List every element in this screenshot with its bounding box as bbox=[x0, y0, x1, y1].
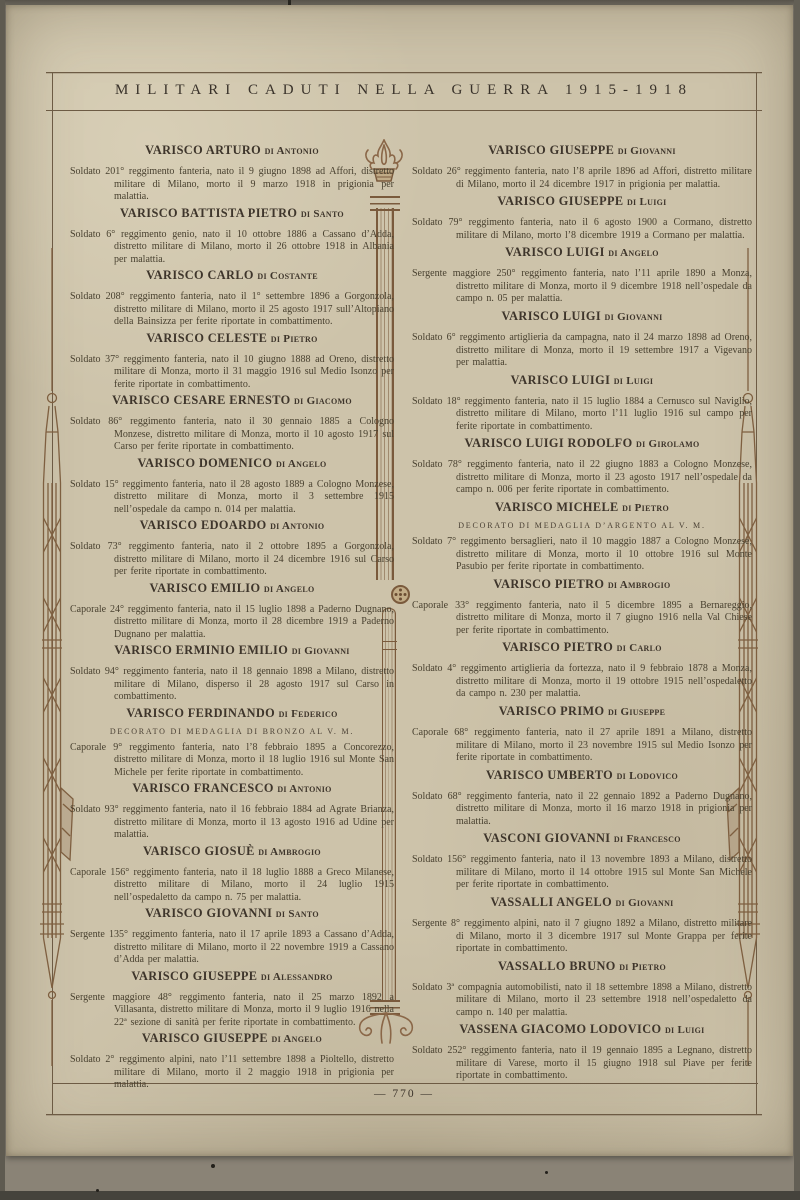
entry-heading: VARISCO ERMINIO EMILIO di Giovanni bbox=[70, 641, 394, 659]
entry-heading: VARISCO CARLO di Costante bbox=[70, 266, 394, 284]
casualty-entry: VARISCO DOMENICO di Angelo Soldato 15° r… bbox=[70, 454, 394, 517]
entry-body: Soldato 93° reggimento fanteria, nato il… bbox=[70, 804, 394, 842]
photo-backdrop: MILITARI CADUTI NELLA GUERRA 1915-1918 —… bbox=[0, 0, 800, 1200]
entry-patronymic: di Federico bbox=[279, 708, 338, 720]
entry-patronymic: di Angelo bbox=[272, 1033, 323, 1045]
entry-name: VARISCO GIUSEPPE bbox=[131, 969, 261, 983]
entry-heading: VASSALLI ANGELO di Giovanni bbox=[412, 893, 752, 911]
entry-heading: VARISCO PIETRO di Ambrogio bbox=[412, 575, 752, 593]
casualty-entry: VARISCO FRANCESCO di Antonio Soldato 93°… bbox=[70, 779, 394, 842]
entry-name: VARISCO GIUSEPPE bbox=[497, 194, 627, 208]
entry-body: Soldato 26° reggimento fanteria, nato l’… bbox=[412, 166, 752, 191]
entry-patronymic: di Alessandro bbox=[261, 971, 333, 983]
entry-name: VARISCO PIETRO bbox=[502, 640, 616, 654]
casualty-entry: VARISCO LUIGI RODOLFO di Girolamo Soldat… bbox=[412, 434, 752, 497]
entry-name: VARISCO CARLO bbox=[146, 268, 257, 282]
entry-name: VASSALLI ANGELO bbox=[490, 895, 615, 909]
casualty-entry: VASCONI GIOVANNI di Francesco Soldato 15… bbox=[412, 829, 752, 892]
paper-speck bbox=[96, 1189, 99, 1192]
casualty-entry: VARISCO GIUSEPPE di Luigi Soldato 79° re… bbox=[412, 192, 752, 242]
casualty-entry: VARISCO LUIGI di Luigi Soldato 18° reggi… bbox=[412, 371, 752, 434]
entry-patronymic: di Luigi bbox=[665, 1024, 705, 1036]
casualty-entry: VARISCO PIETRO di Carlo Soldato 4° reggi… bbox=[412, 638, 752, 701]
casualty-entry: VARISCO LUIGI di Giovanni Soldato 6° reg… bbox=[412, 307, 752, 370]
casualty-entry: VARISCO GIOSUÈ di Ambrogio Caporale 156°… bbox=[70, 842, 394, 905]
entry-heading: VARISCO GIUSEPPE di Luigi bbox=[412, 192, 752, 210]
entry-patronymic: di Antonio bbox=[270, 520, 324, 532]
entry-patronymic: di Costante bbox=[257, 270, 318, 282]
casualty-entry: VASSENA GIACOMO LODOVICO di Luigi Soldat… bbox=[412, 1020, 752, 1083]
entry-name: VARISCO LUIGI bbox=[501, 309, 604, 323]
page-title: MILITARI CADUTI NELLA GUERRA 1915-1918 bbox=[52, 82, 756, 99]
entry-patronymic: di Carlo bbox=[617, 642, 662, 654]
entry-body: Sergente 8° reggimento alpini, nato il 7… bbox=[412, 918, 752, 956]
entry-patronymic: di Giacomo bbox=[294, 395, 352, 407]
entry-body: Soldato 15° reggimento fanteria, nato il… bbox=[70, 479, 394, 517]
entry-heading: VARISCO GIOSUÈ di Ambrogio bbox=[70, 842, 394, 860]
casualty-entry: VARISCO FERDINANDO di Federico DECORATO … bbox=[70, 704, 394, 780]
entry-patronymic: di Giovanni bbox=[292, 645, 350, 657]
casualty-entry: VARISCO CELESTE di Pietro Soldato 37° re… bbox=[70, 329, 394, 392]
entry-name: VARISCO MICHELE bbox=[495, 500, 622, 514]
entry-heading: VARISCO FERDINANDO di Federico bbox=[70, 704, 394, 722]
entry-patronymic: di Lodovico bbox=[617, 770, 678, 782]
entry-heading: VASSENA GIACOMO LODOVICO di Luigi bbox=[412, 1020, 752, 1038]
casualty-entry: VARISCO GIOVANNI di Santo Sergente 135° … bbox=[70, 904, 394, 967]
entry-heading: VARISCO GIOVANNI di Santo bbox=[70, 904, 394, 922]
fasces-left-icon bbox=[30, 248, 74, 1068]
entry-patronymic: di Pietro bbox=[619, 961, 666, 973]
entry-patronymic: di Angelo bbox=[608, 247, 659, 259]
entry-heading: VARISCO CESARE ERNESTO di Giacomo bbox=[70, 391, 394, 409]
entry-patronymic: di Giovanni bbox=[605, 311, 663, 323]
entry-name: VASSENA GIACOMO LODOVICO bbox=[459, 1022, 665, 1036]
entry-name: VARISCO GIOSUÈ bbox=[143, 844, 258, 858]
casualty-entry: VARISCO CESARE ERNESTO di Giacomo Soldat… bbox=[70, 391, 394, 454]
entry-heading: VASSALLO BRUNO di Pietro bbox=[412, 957, 752, 975]
entry-body: Soldato 86° reggimento fanteria, nato il… bbox=[70, 416, 394, 454]
entry-decoration: DECORATO DI MEDAGLIA DI BRONZO AL V. M. bbox=[70, 727, 394, 736]
entry-body: Soldato 79° reggimento fanteria, nato il… bbox=[412, 217, 752, 242]
paper-speck bbox=[545, 1171, 548, 1174]
entry-name: VARISCO LUIGI bbox=[511, 373, 614, 387]
entry-heading: VARISCO LUIGI RODOLFO di Girolamo bbox=[412, 434, 752, 452]
entry-body: Soldato 252° reggimento fanteria, nato i… bbox=[412, 1045, 752, 1083]
entry-body: Soldato 94° reggimento fanteria, nato il… bbox=[70, 666, 394, 704]
entry-name: VARISCO GIUSEPPE bbox=[488, 143, 618, 157]
entry-body: Soldato 201° reggimento fanteria, nato i… bbox=[70, 166, 394, 204]
entry-body: Soldato 78° reggimento fanteria, nato il… bbox=[412, 459, 752, 497]
entry-patronymic: di Giovanni bbox=[616, 897, 674, 909]
entry-heading: VARISCO MICHELE di Pietro bbox=[412, 498, 752, 516]
entry-patronymic: di Pietro bbox=[622, 502, 669, 514]
entry-patronymic: di Francesco bbox=[614, 833, 681, 845]
photo-edge-left bbox=[0, 0, 5, 1200]
entry-name: VARISCO EDOARDO bbox=[140, 518, 271, 532]
entry-patronymic: di Santo bbox=[301, 208, 344, 220]
entry-name: VARISCO ARTURO bbox=[145, 143, 264, 157]
entry-body: Caporale 68° reggimento fanteria, nato i… bbox=[412, 727, 752, 765]
frame-rule-bottom bbox=[46, 1114, 762, 1115]
entry-patronymic: di Giuseppe bbox=[608, 706, 665, 718]
entry-body: Soldato 18° reggimento fanteria, nato il… bbox=[412, 396, 752, 434]
entry-name: VARISCO CELESTE bbox=[146, 331, 270, 345]
entry-name: VARISCO PRIMO bbox=[499, 704, 608, 718]
casualty-entry: VARISCO GIUSEPPE di Alessandro Sergente … bbox=[70, 967, 394, 1030]
entry-body: Soldato 6° reggimento artiglieria da cam… bbox=[412, 332, 752, 370]
casualty-entry: VASSALLI ANGELO di Giovanni Sergente 8° … bbox=[412, 893, 752, 956]
entry-heading: VARISCO GIUSEPPE di Alessandro bbox=[70, 967, 394, 985]
entry-name: VASCONI GIOVANNI bbox=[483, 831, 614, 845]
column-left: VARISCO ARTURO di Antonio Soldato 201° r… bbox=[70, 141, 394, 1081]
casualty-entry: VARISCO BATTISTA PIETRO di Santo Soldato… bbox=[70, 204, 394, 267]
casualty-entry: VARISCO UMBERTO di Lodovico Soldato 68° … bbox=[412, 766, 752, 829]
entry-patronymic: di Ambrogio bbox=[608, 579, 671, 591]
entry-name: VARISCO ERMINIO EMILIO bbox=[114, 643, 291, 657]
entry-body: Caporale 33° reggimento fanteria, nato i… bbox=[412, 600, 752, 638]
entry-heading: VARISCO DOMENICO di Angelo bbox=[70, 454, 394, 472]
entry-body: Sergente maggiore 48° reggimento fanteri… bbox=[70, 992, 394, 1030]
casualty-entry: VARISCO ARTURO di Antonio Soldato 201° r… bbox=[70, 141, 394, 204]
entry-name: VARISCO LUIGI bbox=[505, 245, 608, 259]
casualty-entry: VARISCO CARLO di Costante Soldato 208° r… bbox=[70, 266, 394, 329]
casualty-entry: VARISCO PRIMO di Giuseppe Caporale 68° r… bbox=[412, 702, 752, 765]
casualty-entry: VARISCO EMILIO di Angelo Caporale 24° re… bbox=[70, 579, 394, 642]
entry-heading: VARISCO EDOARDO di Antonio bbox=[70, 516, 394, 534]
entry-name: VARISCO GIUSEPPE bbox=[142, 1031, 272, 1045]
entry-heading: VARISCO EMILIO di Angelo bbox=[70, 579, 394, 597]
entry-name: VARISCO UMBERTO bbox=[486, 768, 617, 782]
entry-body: Soldato 37° reggimento fanteria, nato il… bbox=[70, 354, 394, 392]
entry-decoration: DECORATO DI MEDAGLIA D’ARGENTO AL V. M. bbox=[412, 521, 752, 530]
entry-patronymic: di Angelo bbox=[276, 458, 327, 470]
photo-edge-bottom bbox=[0, 1191, 800, 1200]
entry-heading: VASCONI GIOVANNI di Francesco bbox=[412, 829, 752, 847]
entry-body: Sergente 135° reggimento fanteria, nato … bbox=[70, 929, 394, 967]
entry-patronymic: di Santo bbox=[276, 908, 319, 920]
entry-body: Soldato 2° reggimento alpini, nato l’11 … bbox=[70, 1054, 394, 1092]
entry-patronymic: di Giovanni bbox=[618, 145, 676, 157]
entry-heading: VARISCO ARTURO di Antonio bbox=[70, 141, 394, 159]
entry-heading: VARISCO FRANCESCO di Antonio bbox=[70, 779, 394, 797]
entry-patronymic: di Pietro bbox=[271, 333, 318, 345]
entry-patronymic: di Girolamo bbox=[636, 438, 700, 450]
entry-heading: VARISCO LUIGI di Luigi bbox=[412, 371, 752, 389]
entry-name: VARISCO DOMENICO bbox=[137, 456, 275, 470]
casualty-entry: VARISCO GIUSEPPE di Giovanni Soldato 26°… bbox=[412, 141, 752, 191]
entry-body: Caporale 156° reggimento fanteria, nato … bbox=[70, 867, 394, 905]
photo-edge-right bbox=[794, 0, 800, 1200]
entry-patronymic: di Luigi bbox=[627, 196, 667, 208]
entry-heading: VARISCO PIETRO di Carlo bbox=[412, 638, 752, 656]
casualty-entry: VARISCO EDOARDO di Antonio Soldato 73° r… bbox=[70, 516, 394, 579]
casualty-entry: VASSALLO BRUNO di Pietro Soldato 3ª comp… bbox=[412, 957, 752, 1020]
entry-body: Soldato 208° reggimento fanteria, nato i… bbox=[70, 291, 394, 329]
casualty-entry: VARISCO PIETRO di Ambrogio Caporale 33° … bbox=[412, 575, 752, 638]
entry-name: VARISCO BATTISTA PIETRO bbox=[120, 206, 301, 220]
entry-name: VARISCO EMILIO bbox=[150, 581, 264, 595]
entry-heading: VARISCO GIUSEPPE di Giovanni bbox=[412, 141, 752, 159]
entry-heading: VARISCO PRIMO di Giuseppe bbox=[412, 702, 752, 720]
frame-rule-under-title bbox=[46, 110, 762, 111]
frame-rule-top bbox=[46, 72, 762, 73]
casualty-entry: VARISCO GIUSEPPE di Angelo Soldato 2° re… bbox=[70, 1029, 394, 1092]
entry-body: Soldato 4° reggimento artiglieria da for… bbox=[412, 663, 752, 701]
entry-name: VARISCO PIETRO bbox=[493, 577, 607, 591]
entry-patronymic: di Angelo bbox=[264, 583, 315, 595]
entry-body: Soldato 6° reggimento genio, nato il 10 … bbox=[70, 229, 394, 267]
entry-heading: VARISCO UMBERTO di Lodovico bbox=[412, 766, 752, 784]
entry-name: VASSALLO BRUNO bbox=[498, 959, 619, 973]
entry-body: Soldato 73° reggimento fanteria, nato il… bbox=[70, 541, 394, 579]
entry-body: Soldato 7° reggimento bersaglieri, nato … bbox=[412, 536, 752, 574]
entry-heading: VARISCO BATTISTA PIETRO di Santo bbox=[70, 204, 394, 222]
entry-heading: VARISCO LUIGI di Giovanni bbox=[412, 307, 752, 325]
casualty-entry: VARISCO LUIGI di Angelo Sergente maggior… bbox=[412, 243, 752, 306]
entry-patronymic: di Antonio bbox=[277, 783, 331, 795]
casualty-entry: VARISCO ERMINIO EMILIO di Giovanni Solda… bbox=[70, 641, 394, 704]
entry-name: VARISCO GIOVANNI bbox=[145, 906, 276, 920]
book-page: MILITARI CADUTI NELLA GUERRA 1915-1918 —… bbox=[6, 5, 793, 1156]
entry-heading: VARISCO CELESTE di Pietro bbox=[70, 329, 394, 347]
casualty-entry: VARISCO MICHELE di Pietro DECORATO DI ME… bbox=[412, 498, 752, 574]
entry-heading: VARISCO LUIGI di Angelo bbox=[412, 243, 752, 261]
entry-body: Soldato 3ª compagnia automobilisti, nato… bbox=[412, 982, 752, 1020]
entry-body: Soldato 156° reggimento fanteria, nato i… bbox=[412, 854, 752, 892]
entry-patronymic: di Luigi bbox=[614, 375, 654, 387]
paper-speck bbox=[211, 1164, 215, 1168]
entry-body: Sergente maggiore 250° reggimento fanter… bbox=[412, 268, 752, 306]
entry-patronymic: di Ambrogio bbox=[258, 846, 321, 858]
column-right: VARISCO GIUSEPPE di Giovanni Soldato 26°… bbox=[412, 141, 752, 1083]
entry-body: Caporale 24° reggimento fanteria, nato i… bbox=[70, 604, 394, 642]
entry-patronymic: di Antonio bbox=[265, 145, 319, 157]
entry-name: VARISCO CESARE ERNESTO bbox=[112, 393, 294, 407]
entry-name: VARISCO FERDINANDO bbox=[126, 706, 278, 720]
entry-name: VARISCO LUIGI RODOLFO bbox=[464, 436, 636, 450]
entry-heading: VARISCO GIUSEPPE di Angelo bbox=[70, 1029, 394, 1047]
entry-body: Caporale 9° reggimento fanteria, nato l’… bbox=[70, 742, 394, 780]
entry-name: VARISCO FRANCESCO bbox=[132, 781, 277, 795]
entry-body: Soldato 68° reggimento fanteria, nato il… bbox=[412, 791, 752, 829]
